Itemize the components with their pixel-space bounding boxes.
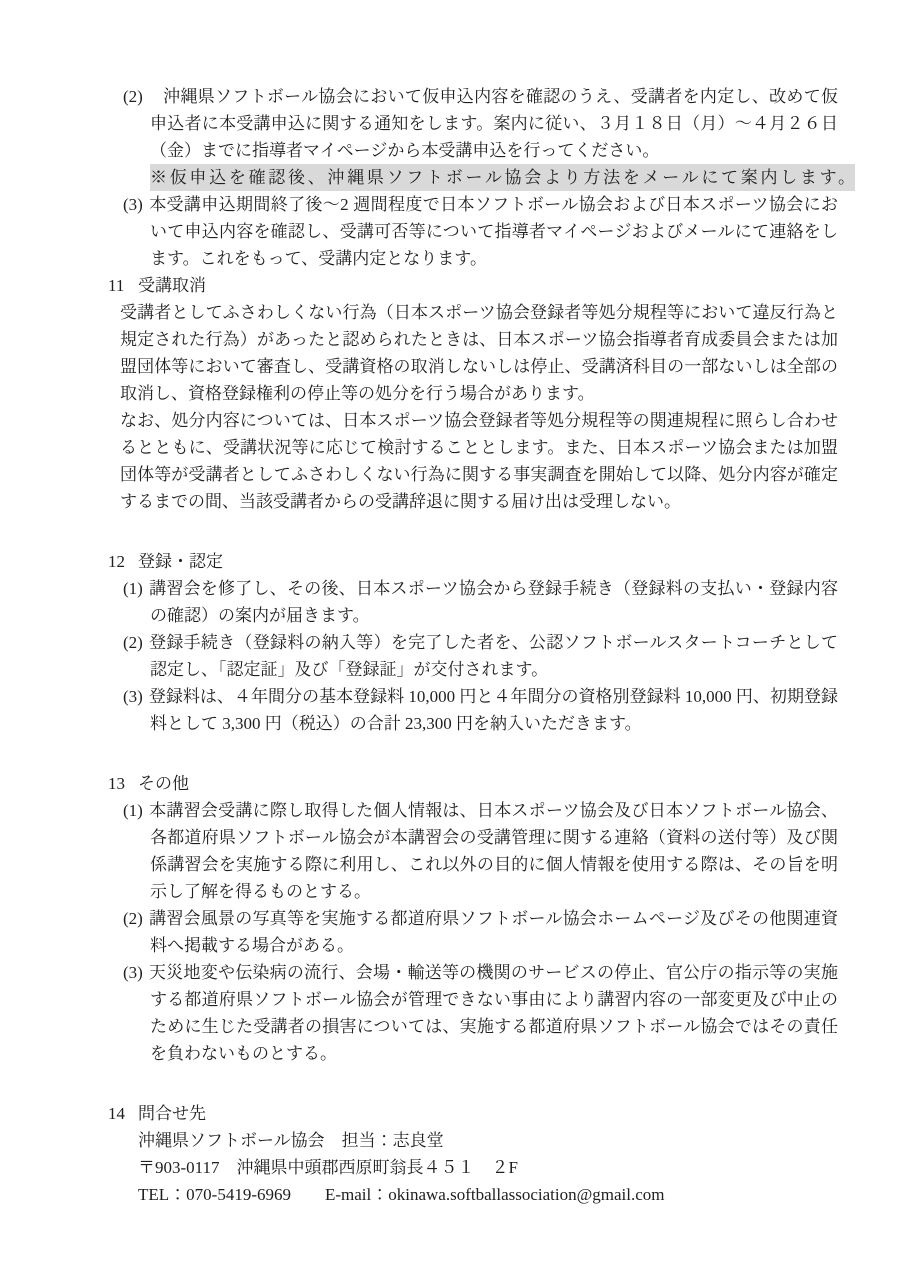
list-item: (2)登録手続き（登録料の納入等）を完了した者を、公認ソフトボールスタートコーチ… (123, 629, 838, 683)
section-title: その他 (138, 770, 838, 797)
section-paragraph: なお、処分内容については、日本スポーツ協会登録者等処分規程等の関連規程に照らし合… (120, 407, 838, 515)
section-11-cancellation: 11 受講取消 受講者としてふさわしくない行為（日本スポーツ協会登録者等処分規程… (108, 272, 838, 515)
list-item: (3)天災地変や伝染病の流行、会場・輸送等の機関のサービスの停止、官公庁の指示等… (123, 959, 838, 1067)
contact-tel-email-line: TEL：070-5419-6969 E-mail：okinawa.softbal… (138, 1181, 838, 1208)
item-label: (3) (123, 687, 143, 706)
item-text: 沖縄県ソフトボール協会において仮申込内容を確認のうえ、受講者を内定し、改めて仮申… (150, 87, 838, 160)
list-item-provisional-application: (2)沖縄県ソフトボール協会において仮申込内容を確認のうえ、受講者を内定し、改め… (123, 83, 838, 191)
section-number: 13 (108, 770, 138, 797)
section-number: 12 (108, 548, 138, 575)
item-label: (2) (123, 909, 143, 928)
item-label: (1) (123, 801, 143, 820)
contact-address-line: 〒903-0117 沖縄県中頭郡西原町翁長４５１ ２F (138, 1154, 838, 1181)
list-item: (2)講習会風景の写真等を実施する都道府県ソフトボール協会ホームページ及びその他… (123, 905, 838, 959)
item-label: (1) (123, 579, 143, 598)
item-text: 登録手続き（登録料の納入等）を完了した者を、公認ソフトボールスタートコーチとして… (149, 633, 838, 679)
section-number: 14 (108, 1100, 138, 1127)
section-title: 問合せ先 (138, 1100, 838, 1127)
item-text: 講習会風景の写真等を実施する都道府県ソフトボール協会ホームページ及びその他関連資… (149, 909, 838, 955)
list-item: (1)講習会を修了し、その後、日本スポーツ協会から登録手続き（登録料の支払い・登… (123, 575, 838, 629)
item-label: (2) (123, 87, 143, 106)
section-12-registration: 12 登録・認定 (1)講習会を修了し、その後、日本スポーツ協会から登録手続き（… (108, 548, 838, 737)
section-title: 受講取消 (138, 272, 838, 299)
item-text: 講習会を修了し、その後、日本スポーツ協会から登録手続き（登録料の支払い・登録内容… (149, 579, 838, 625)
item-label: (2) (123, 633, 143, 652)
section-number: 11 (108, 272, 138, 299)
item-label: (3) (123, 195, 143, 214)
section-title: 登録・認定 (138, 548, 838, 575)
item-text: 本講習会受講に際し取得した個人情報は、日本スポーツ協会及び日本ソフトボール協会、… (149, 801, 838, 901)
section-heading: 13 その他 (108, 770, 838, 797)
section-heading: 14 問合せ先 (108, 1100, 838, 1127)
item-text: 本受講申込期間終了後～2 週間程度で日本ソフトボール協会および日本スポーツ協会に… (149, 195, 838, 268)
list-item: (3)登録料は、４年間分の基本登録料 10,000 円と４年間分の資格別登録料 … (123, 683, 838, 737)
section-heading: 12 登録・認定 (108, 548, 838, 575)
section-paragraph: 受講者としてふさわしくない行為（日本スポーツ協会登録者等処分規程等において違反行… (120, 299, 838, 407)
document-page: (2)沖縄県ソフトボール協会において仮申込内容を確認のうえ、受講者を内定し、改め… (0, 0, 905, 1280)
item-text: 天災地変や伝染病の流行、会場・輸送等の機関のサービスの停止、官公庁の指示等の実施… (149, 963, 838, 1063)
item-label: (3) (123, 963, 143, 982)
list-item-application-confirmation: (3)本受講申込期間終了後～2 週間程度で日本ソフトボール協会および日本スポーツ… (123, 191, 838, 272)
contact-organization-line: 沖縄県ソフトボール協会 担当：志良堂 (138, 1127, 838, 1154)
highlight-note: ※仮申込を確認後、沖縄県ソフトボール協会より方法をメールにて案内します。 (150, 164, 855, 191)
section-14-contact: 14 問合せ先 沖縄県ソフトボール協会 担当：志良堂 〒903-0117 沖縄県… (108, 1100, 838, 1208)
section-13-other: 13 その他 (1)本講習会受講に際し取得した個人情報は、日本スポーツ協会及び日… (108, 770, 838, 1067)
item-text: 登録料は、４年間分の基本登録料 10,000 円と４年間分の資格別登録料 10,… (149, 687, 838, 733)
list-item: (1)本講習会受講に際し取得した個人情報は、日本スポーツ協会及び日本ソフトボール… (123, 797, 838, 905)
section-heading: 11 受講取消 (108, 272, 838, 299)
